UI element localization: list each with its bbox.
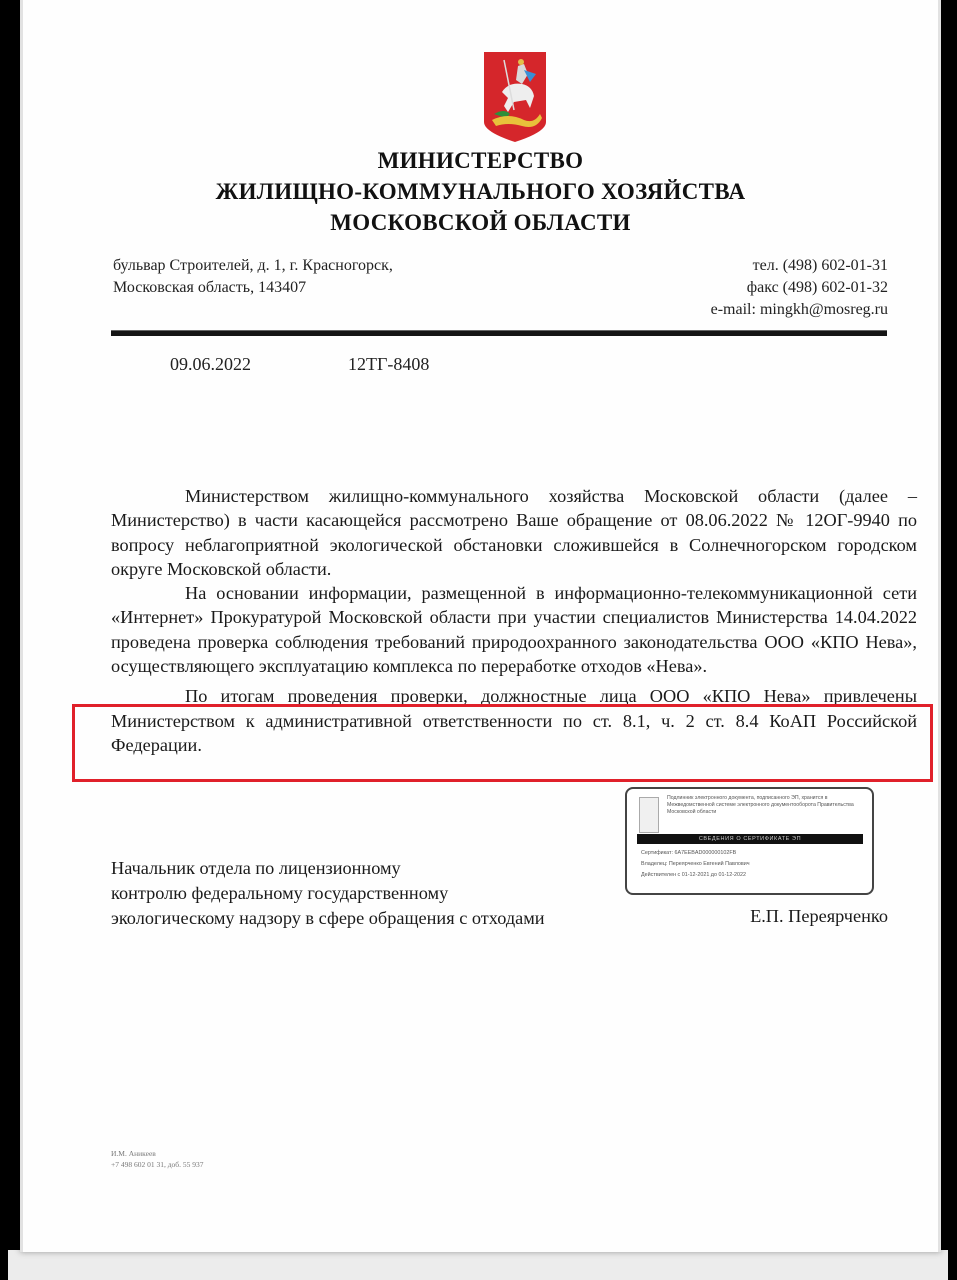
ministry-title-line-2: ЖИЛИЩНО-КОММУНАЛЬНОГО ХОЗЯЙСТВА	[23, 179, 938, 205]
signer-position-line-3: экологическому надзору в сфере обращения…	[111, 906, 545, 931]
document-date: 09.06.2022	[170, 354, 251, 375]
certificate-number: Сертификат: 6A7EEBAD000000102FB	[641, 850, 736, 856]
signer-position: Начальник отдела по лицензионному контро…	[111, 856, 545, 931]
signer-name: Е.П. Переярченко	[750, 906, 888, 927]
executor-info: И.М. Аникеев +7 498 602 01 31, доб. 55 9…	[111, 1148, 204, 1170]
ministry-title-line-1: МИНИСТЕРСТВО	[23, 148, 938, 174]
viewer-background	[8, 1250, 948, 1280]
fax: факс (498) 602-01-32	[711, 277, 888, 299]
ministry-address: бульвар Строителей, д. 1, г. Красногорск…	[113, 255, 393, 299]
document-page: МИНИСТЕРСТВО ЖИЛИЩНО-КОММУНАЛЬНОГО ХОЗЯЙ…	[20, 0, 941, 1252]
certificate-validity: Действителен с 01-12-2021 до 01-12-2022	[641, 872, 746, 878]
address-line-1: бульвар Строителей, д. 1, г. Красногорск…	[113, 255, 393, 277]
paragraph-1: Министерством жилищно-коммунального хозя…	[111, 484, 917, 581]
coat-of-arms-icon	[464, 48, 566, 144]
ministry-title-line-3: МОСКОВСКОЙ ОБЛАСТИ	[23, 210, 938, 236]
phone: тел. (498) 602-01-31	[711, 255, 888, 277]
ministry-contacts: тел. (498) 602-01-31 факс (498) 602-01-3…	[711, 255, 888, 321]
e-signature-stamp: Подлинник электронного документа, подпис…	[625, 787, 874, 895]
header-separator	[111, 330, 887, 336]
stamp-header: Подлинник электронного документа, подпис…	[667, 795, 865, 816]
email-link[interactable]: e-mail: mingkh@mosreg.ru	[711, 299, 888, 321]
certificate-owner: Владелец: Переярченко Евгений Павлович	[641, 861, 750, 867]
signer-position-line-1: Начальник отдела по лицензионному	[111, 856, 545, 881]
stamp-bar: СВЕДЕНИЯ О СЕРТИФИКАТЕ ЭП	[637, 834, 863, 844]
paragraph-2: На основании информации, размещенной в и…	[111, 581, 917, 678]
signer-position-line-2: контролю федеральному государственному	[111, 881, 545, 906]
reference-number: 12ТГ-8408	[348, 354, 429, 375]
address-line-2: Московская область, 143407	[113, 277, 393, 299]
stamp-emblem-icon	[639, 797, 659, 833]
executor-phone: +7 498 602 01 31, доб. 55 937	[111, 1159, 204, 1170]
highlight-box	[72, 704, 933, 782]
executor-name: И.М. Аникеев	[111, 1148, 204, 1159]
